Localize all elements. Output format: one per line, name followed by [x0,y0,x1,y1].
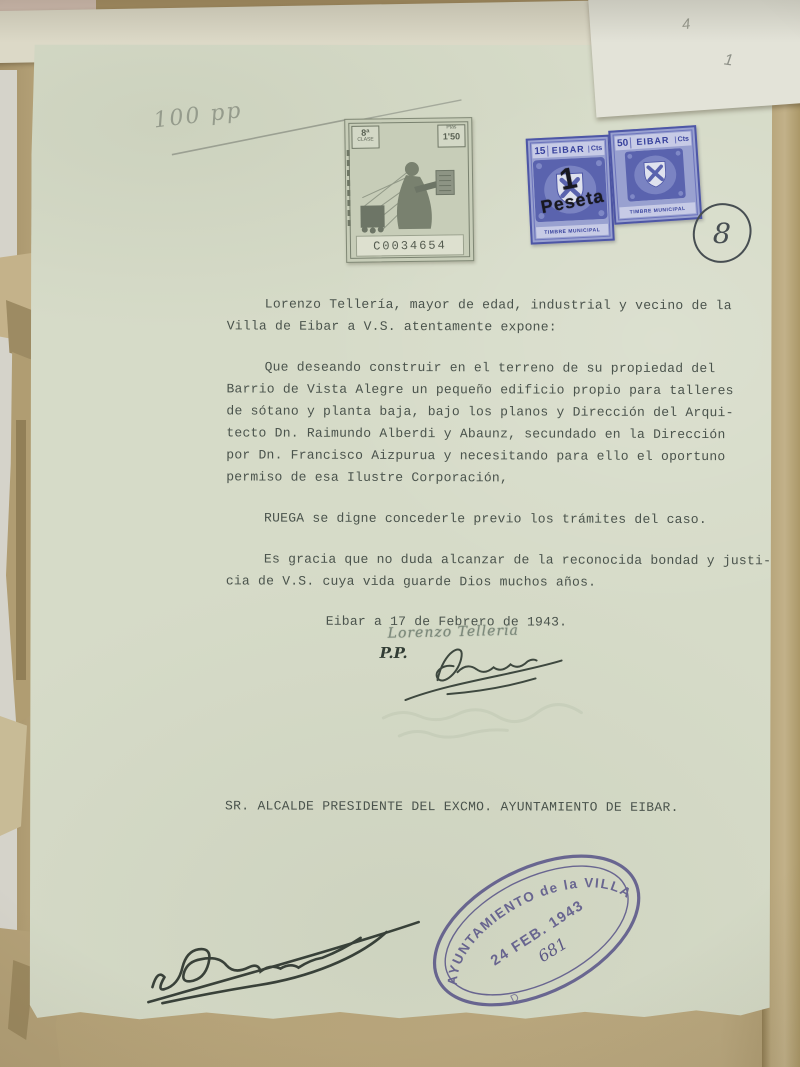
stamp-50-value: 50 [615,137,632,149]
body-line: de sótano y planta baja, bajo los planos… [226,400,786,424]
torn-edge-left-2-core [16,420,26,680]
body-line: por Dn. Francisco Aizpurua y necesitando… [226,444,786,468]
stamp-50-caption-text: TIMBRE MUNICIPAL [629,205,685,215]
municipal-stamp-15: 15 EIBAR Cts TIMBRE MUNICIPAL 1 Peseta [526,135,615,245]
body-line: Barrio de Vista Alegre un pequeño edific… [226,378,786,402]
ghost-writing [369,692,619,755]
body-line: tecto Dn. Raimundo Alberdi y Abaunz, sec… [226,422,786,446]
pencil-mark-4: 4 [681,16,691,34]
body-line: Que deseando construir en el terreno de … [227,356,787,380]
white-sheet-behind [588,0,800,118]
fiscal-currency-label: Ptas [438,125,464,130]
shield-icon [616,147,695,202]
body-line: cia de V.S. cuya vida guarde Dios muchos… [226,570,786,594]
overprint-value: 1 [558,166,579,193]
body-line: Es gracia que no duda alcanzar de la rec… [226,548,786,572]
letter-body: Lorenzo Tellería, mayor de edad, industr… [226,293,787,634]
overprint-unit: Peseta [539,185,606,218]
pencil-note: 100 pp [152,98,243,133]
circled-number-text: 8 [713,216,732,250]
address-line: SR. ALCALDE PRESIDENTE DEL EXCMO. AYUNTA… [225,798,679,815]
stamp-ring-text: AYUNTAMIENTO de la VILLA [423,846,638,992]
body-line: RUEGA se digne concederle previo los trá… [226,507,786,531]
fiscal-serial: C0034654 [373,238,447,253]
stamp-50-unit: Cts [674,135,691,143]
fiscal-stamp: 8ª CLASE Ptas 1'50 C0034654 [344,117,474,263]
document-page: 100 pp 8ª CLASE Ptas 1'50 [28,43,773,1032]
fiscal-serial-strip: C0034654 [356,234,464,257]
fiscal-class-box: 8ª CLASE [351,125,379,148]
body-line: Lorenzo Tellería, mayor de edad, industr… [227,293,787,317]
body-line: Villa de Eibar a V.S. atentamente expone… [227,315,787,339]
fiscal-value-box: Ptas 1'50 [437,124,465,147]
signature-icon [138,883,428,1009]
fiscal-class-label: CLASE [352,137,378,142]
body-line: permiso de esa Ilustre Corporación, [226,466,786,490]
municipal-stamp-50: 50 EIBAR Cts TIMBRE MUNICIPAL [608,125,702,225]
stamp-50-name: EIBAR [631,135,675,148]
allegory-figure-icon [354,146,465,234]
fiscal-value: 1'50 [438,132,464,141]
office-date-stamp: AYUNTAMIENTO de la VILLA 24 FEB. 1943 68… [402,816,672,1046]
